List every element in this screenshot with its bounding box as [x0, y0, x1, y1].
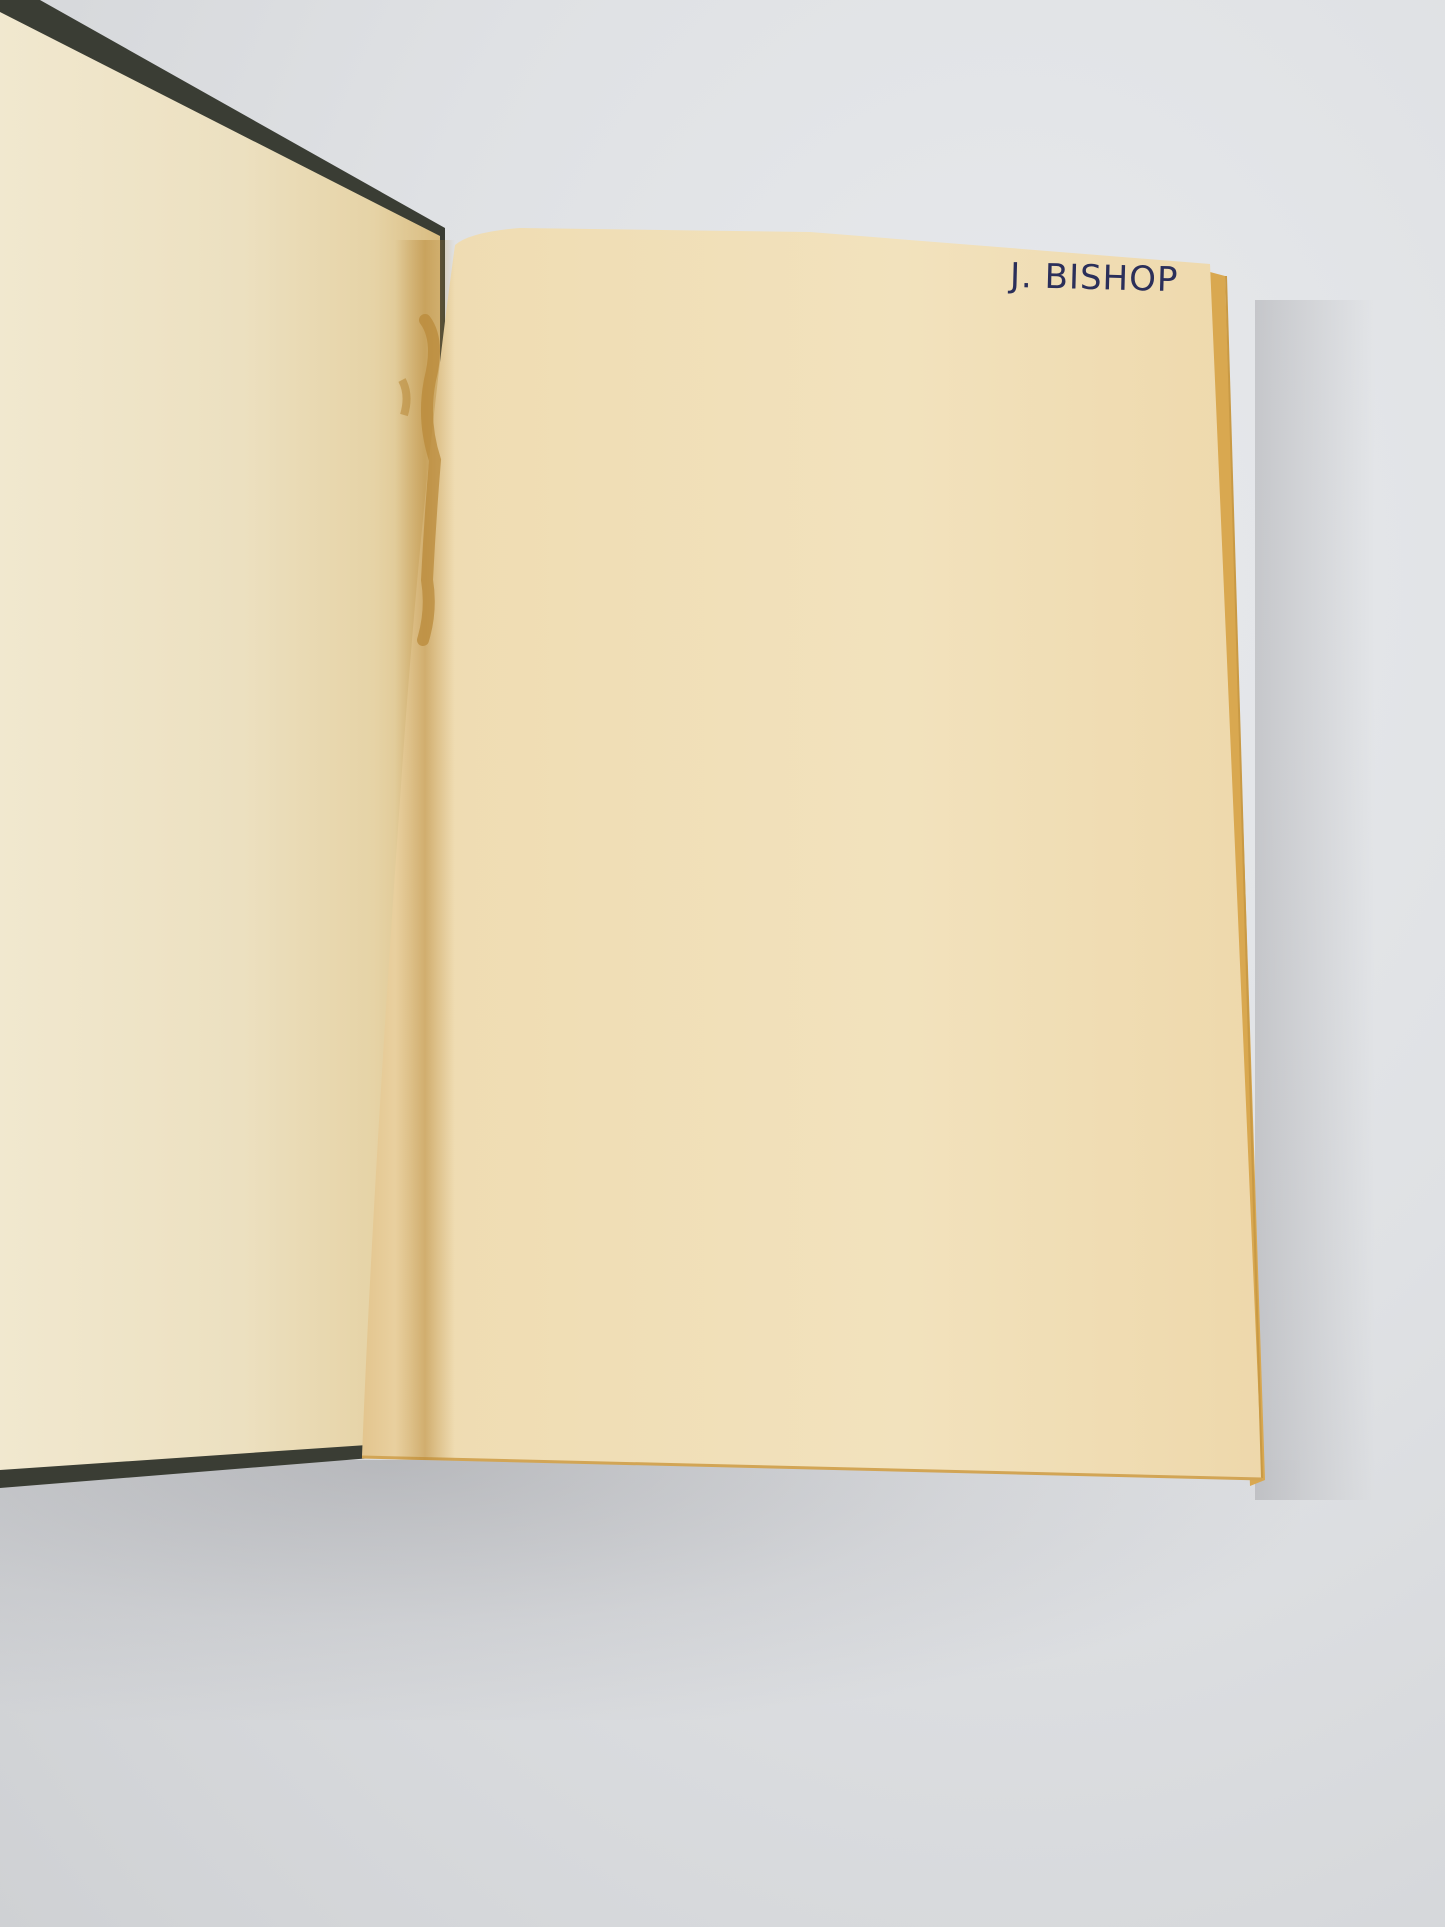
right-page: [362, 228, 1262, 1478]
photo-scene: J. BISHOP: [0, 0, 1445, 1927]
book-illustration: [0, 0, 1445, 1927]
handwritten-inscription: J. BISHOP: [1010, 256, 1179, 300]
